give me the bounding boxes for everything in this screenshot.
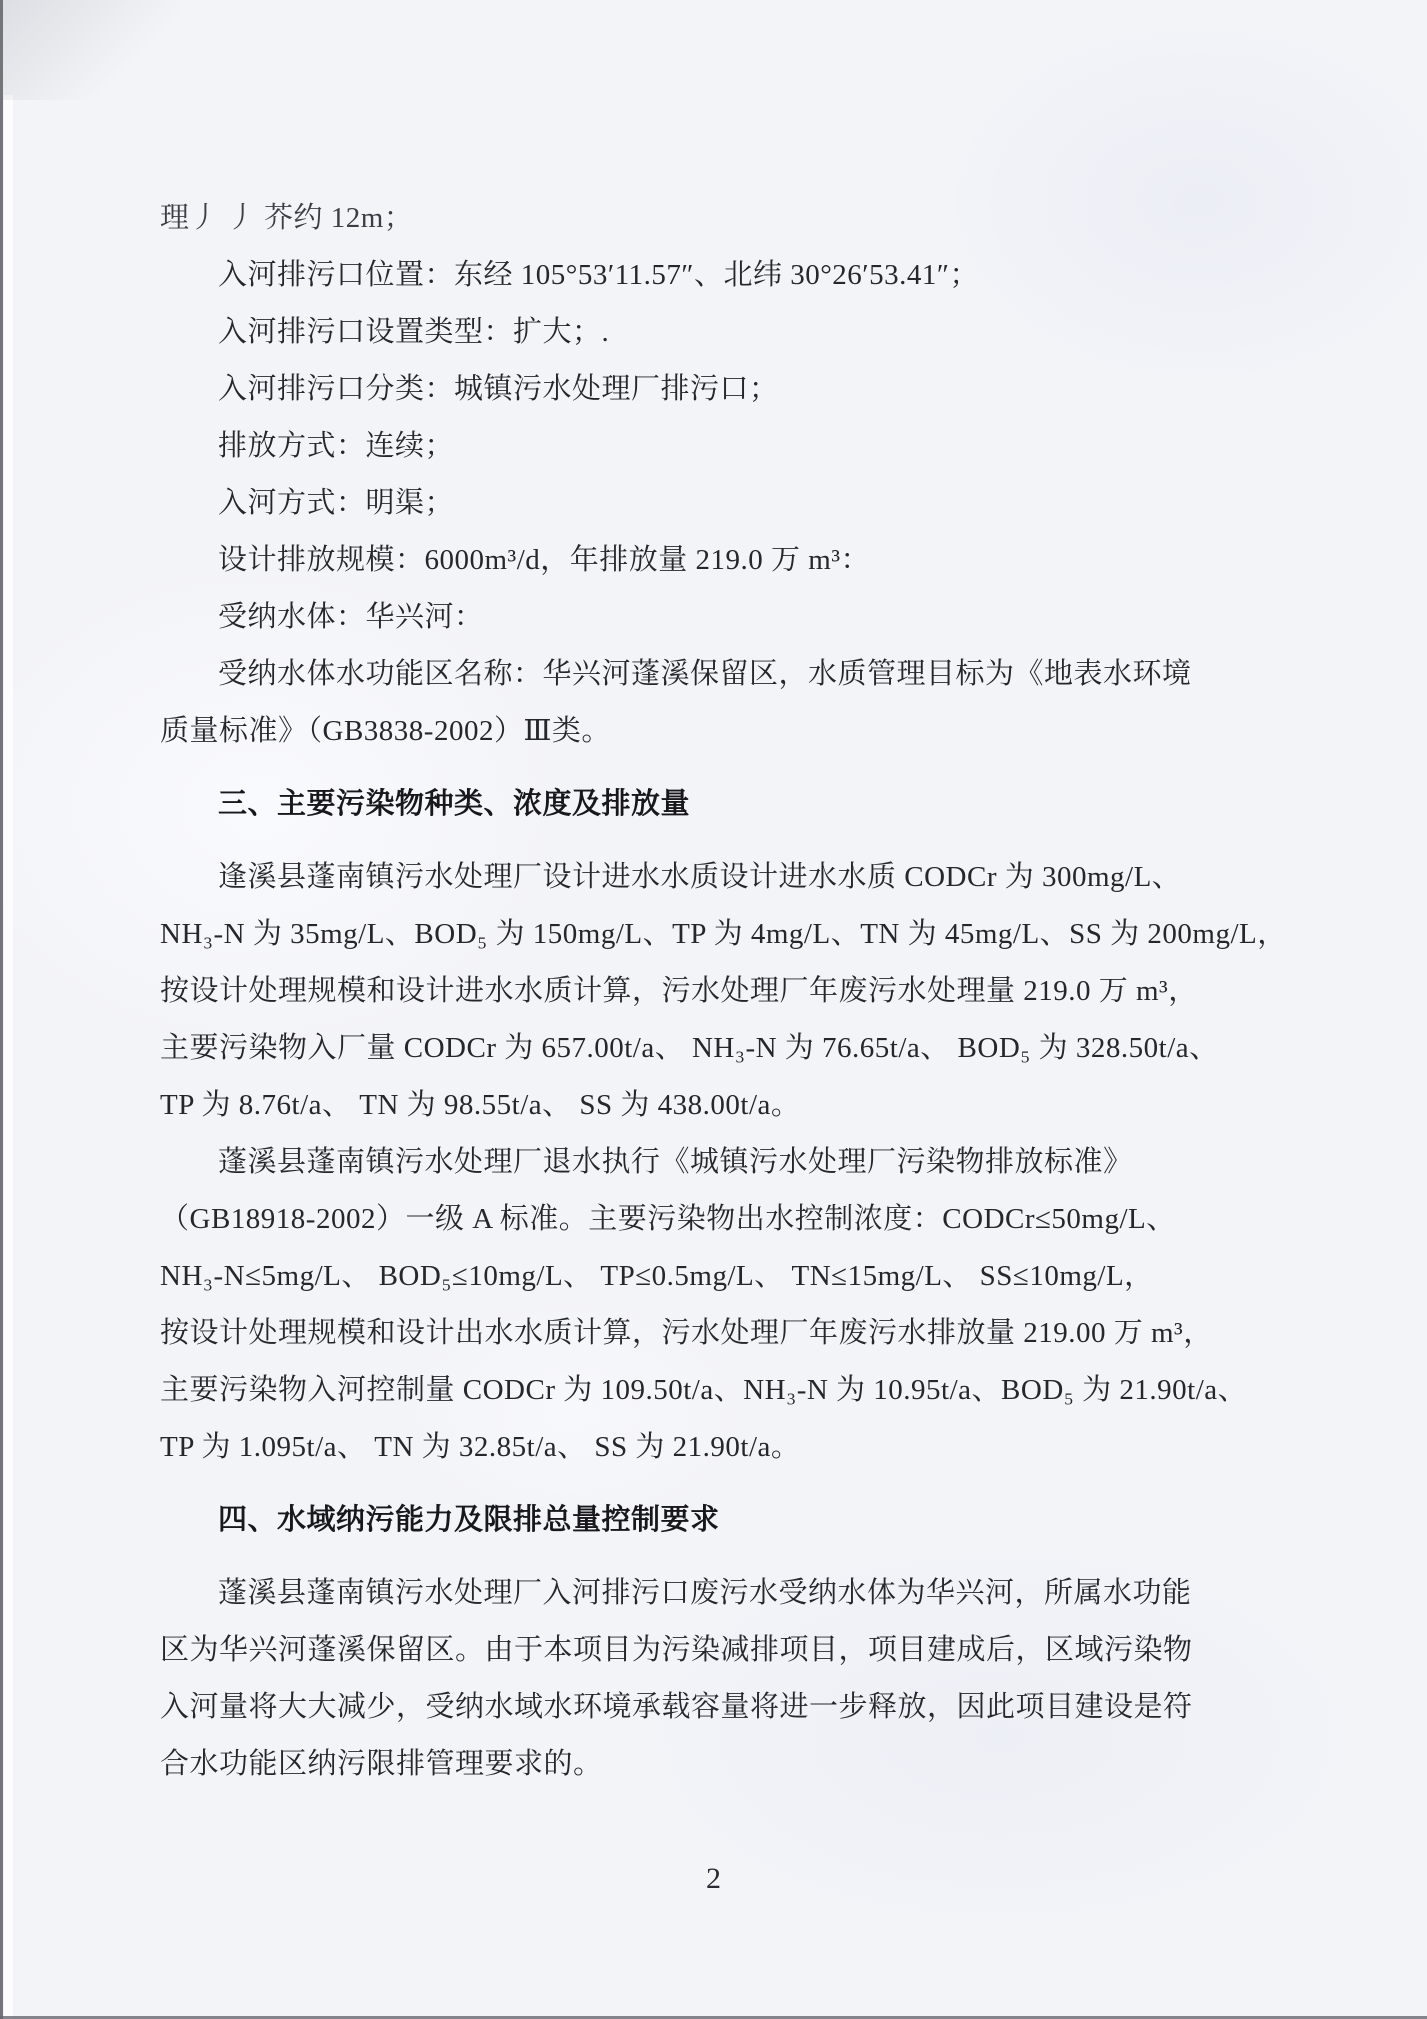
doc-line-quality-standard: 质量标准》（GB3838-2002）Ⅲ类。 [160,703,1345,760]
section3-para1-line: 按设计处理规模和设计进水水质计算，污水处理厂年废污水处理量 219.0 万 m³… [160,963,1345,1020]
section4-para-line: 蓬溪县蓬南镇污水处理厂入河排污口废污水受纳水体为华兴河，所属水功能 [160,1565,1345,1622]
doc-line-cutoff: 理丿 丿 芥约 12m； [160,190,1345,247]
section3-para1-line: 主要污染物入厂量 CODCr 为 657.00t/a、 NH₃-N 为 76.6… [160,1020,1345,1077]
doc-line-outlet-location: 入河排污口位置：东经 105°53′11.57″、北纬 30°26′53.41″… [160,247,1345,304]
section4-para-line: 入河量将大大减少，受纳水域水环境承载容量将进一步释放，因此项目建设是符 [160,1679,1345,1736]
section3-para2-line: 蓬溪县蓬南镇污水处理厂退水执行《城镇污水处理厂污染物排放标准》 [160,1134,1345,1191]
section3-para2-line: （GB18918-2002）一级 A 标准。主要污染物出水控制浓度：CODCr≤… [160,1191,1345,1248]
doc-line-function-zone: 受纳水体水功能区名称：华兴河蓬溪保留区，水质管理目标为《地表水环境 [160,646,1345,703]
section4-para-line: 合水功能区纳污限排管理要求的。 [160,1736,1345,1793]
doc-line-receiving-water: 受纳水体：华兴河： [160,589,1345,646]
doc-line-discharge-mode: 排放方式：连续； [160,418,1345,475]
section3-para1-line: TP 为 8.76t/a、 TN 为 98.55t/a、 SS 为 438.00… [160,1077,1345,1134]
section4-para-line: 区为华兴河蓬溪保留区。由于本项目为污染减排项目，项目建成后，区域污染物 [160,1622,1345,1679]
section3-heading: 三、主要污染物种类、浓度及排放量 [160,776,1345,833]
section3-para2-line: 主要污染物入河控制量 CODCr 为 109.50t/a、NH₃-N 为 10.… [160,1362,1345,1419]
section3-para1-line: 逢溪县蓬南镇污水处理厂设计进水水质设计进水水质 CODCr 为 300mg/L、 [160,849,1345,906]
document-content: 理丿 丿 芥约 12m； 入河排污口位置：东经 105°53′11.57″、北纬… [0,0,1427,1793]
page-number: 2 [0,1862,1427,1896]
doc-line-design-scale: 设计排放规模：6000m³/d，年排放量 219.0 万 m³： [160,532,1345,589]
section3-para2-line: TP 为 1.095t/a、 TN 为 32.85t/a、 SS 为 21.90… [160,1419,1345,1476]
document-page: 理丿 丿 芥约 12m； 入河排污口位置：东经 105°53′11.57″、北纬… [0,0,1427,2019]
section4-heading: 四、水域纳污能力及限排总量控制要求 [160,1492,1345,1549]
section3-para1-line: NH₃-N 为 35mg/L、BOD₅ 为 150mg/L、TP 为 4mg/L… [160,906,1345,963]
doc-line-outlet-category: 入河排污口分类：城镇污水处理厂排污口； [160,361,1345,418]
doc-line-outlet-setup-type: 入河排污口设置类型：扩大；. [160,304,1345,361]
doc-line-entry-mode: 入河方式：明渠； [160,475,1345,532]
section3-para2-line: NH₃-N≤5mg/L、 BOD₅≤10mg/L、 TP≤0.5mg/L、 TN… [160,1248,1345,1305]
section3-para2-line: 按设计处理规模和设计出水水质计算，污水处理厂年废污水排放量 219.00 万 m… [160,1305,1345,1362]
